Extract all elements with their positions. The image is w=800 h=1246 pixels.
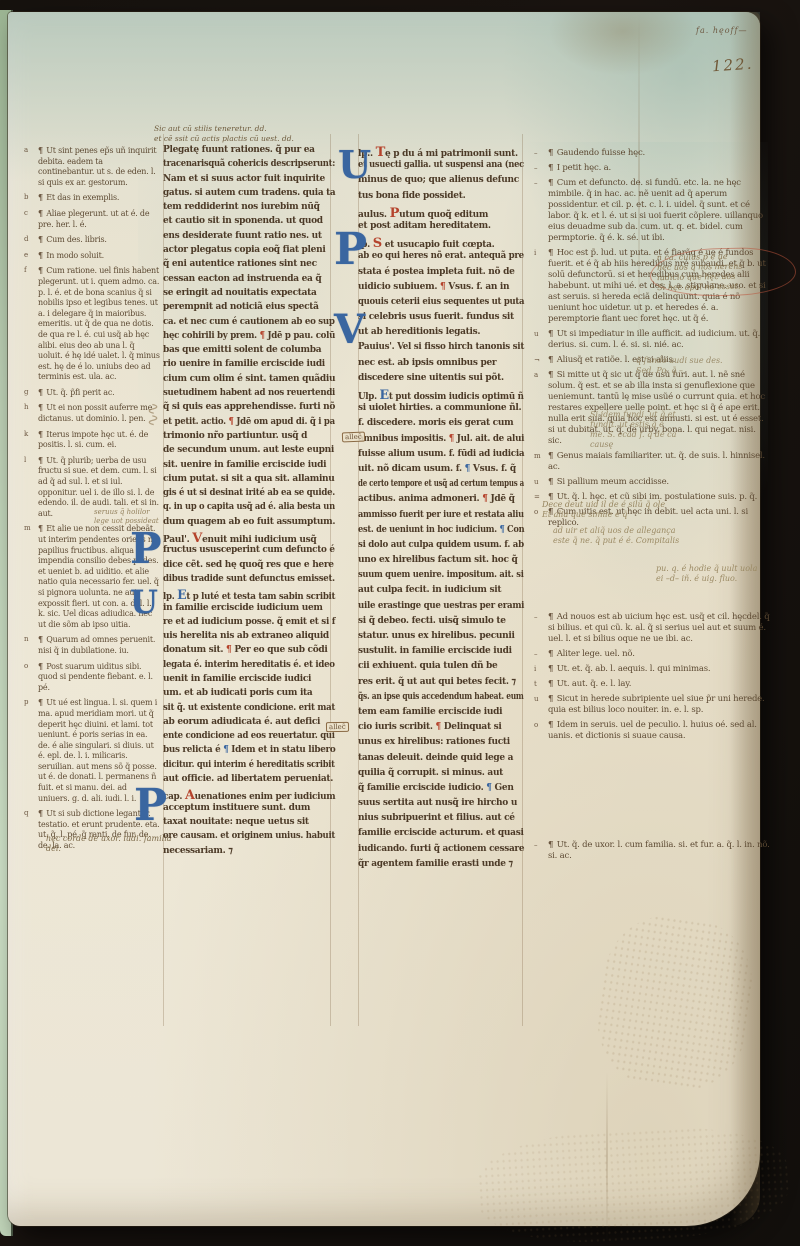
text-line: tus bona fide possidet. [358,191,524,206]
text-line: q̃ eni autentice rationes sint nec [163,259,335,273]
gloss-key-letter: c [24,208,28,219]
paraph-mark: ¶ [548,664,553,674]
stain-smudge-top-center [548,12,698,76]
paraph-mark: ¶ [38,523,43,533]
gloss-entry: u¶ Sicut in herede subripiente uel siue … [548,694,770,716]
text-line: aut officie. ad libertatem perueniat. [163,774,335,788]
text-line: est. de ueniunt in hoc iudicium. ¶ Con [358,525,524,540]
text-line: cium cum olim é sint. tamen quãdiu [163,374,335,388]
main-text-column-1: Plegatę fuunt rationes. q̃ pur eatracena… [163,145,335,860]
paraph-mark: ¶ [38,455,43,465]
gloss-key-letter: t [534,679,537,690]
text-line: tracenarisquã cohericis descripserunt: [163,159,335,173]
text-line: trimonio nr̃o partiuntur. usq̃ d [163,431,335,445]
text-line: actor plegatus copia eoq̃ fiat pleni [163,245,335,259]
alloc-tag-1: allec̃ [342,432,365,443]
text-line: perempnit ad noticiã eius spectã [163,302,335,316]
right-margin-glosses-group2: –¶ Ad nouos est ab uicium hęc est. usq̃ … [548,612,770,746]
text-line: et cautio sit in sponenda. ut quod [163,216,335,230]
paraph-mark: ¶ [38,661,43,671]
paraph-mark: ¶ [38,208,43,218]
gloss-key-letter: e [24,250,28,261]
paraph-mark: ¶ [38,234,43,244]
text-line: quilia q̃ corrupit. si minus. aut [358,768,524,783]
text-line: q. in up o capita usq̃ ad é. alia besta … [163,502,335,516]
gloss-entry: –¶ Cum et defuncto. de. si fundū. etc. l… [548,178,770,244]
text-line: cio iuris scribit. ¶ Delinquat si [358,722,524,737]
text-line: lp. S et usucapio fuit cœpta. [358,236,524,251]
paraph-mark: ¶ [548,451,553,461]
text-line: legata é. interim hereditatis é. et ideo [163,660,335,674]
gloss-key-letter: l [24,455,26,466]
text-line: sustulit. in familie erciscide iudi [358,646,524,661]
text-line: se eringit ad nouitatis expectata [163,288,335,302]
top-right-inscription: fa. hęoff— [696,26,747,35]
gloss-key-letter: u [534,329,538,340]
gloss-key-letter: u [534,477,538,488]
paraph-mark: ¶ [38,429,43,439]
gloss-key-letter: g [24,387,28,398]
paraph-mark: ¶ [548,370,553,380]
gloss-key-letter: h [24,402,28,413]
vertical-crease-bottom [606,1072,608,1242]
gloss-key-letter: a [534,370,538,381]
gloss-key-letter: – [534,840,537,851]
gloss-key-letter: – [534,649,537,660]
photo-background: fa. hęoff— 122. Sic aut cū stilis tenere… [0,0,800,1246]
folio-number: 122. [711,55,754,76]
text-line: Nam et si suus actor fuit inquirite [163,174,335,188]
gloss-entry: g¶ Ut. q̃. p̃fi perit ac. [38,387,160,399]
text-line: gatus. si autem cum tradens. quia ta [163,188,335,202]
gloss-entry: a¶ Ut sint penes ep̃s uñ inquirit debita… [38,145,160,188]
paraph-mark: ¶ [548,163,553,173]
text-line: ei –d– iñ. é uig. fluo. [656,574,800,584]
text-line: et usuecti gallia. ut suspensi ana (nec [358,160,524,175]
text-line: iudicando. furti q̃ actionem cessare [358,844,524,859]
text-line: familie erciscide acturum. et quasi [358,828,524,843]
paraph-mark: ¶ [38,808,43,818]
text-line: ore causam. et originem unius. habuit [163,831,335,845]
text-line: statur. unus ex hirelibus. pecunii [358,631,524,646]
text-line: si q̃ debeo. fecti. uisq̃ simulo te [358,616,524,631]
text-line: q̃ fundo audi sue des. [636,356,786,366]
text-line: uit. nõ dicam usum. f. ¶ Vsus. f. q̃ [358,464,524,479]
gloss-entry: –¶ Ut. q̃. de uxor. l. cum familia. si. … [548,840,770,862]
gloss-key-letter: d [24,234,28,245]
paraph-mark: ¶ [548,679,553,689]
text-line: lp.. Tę p du á mi patrimonii sunt. [358,145,524,160]
gloss-key-letter: q [24,808,28,819]
left-margin-glosses: a¶ Ut sint penes ep̃s uñ inquirit debita… [38,145,160,856]
cursive-note-circled: n ca. cuius p̃ é uenec uos q̃ nos herens… [650,247,797,298]
text-line: et cē ssit cū actis plactis cū uest. dd. [154,134,344,144]
gloss-key-letter: u [534,694,538,705]
cursive-note-5: ad uir et aliq̃ uos de allegançaeste q̃ … [553,526,768,546]
text-line: ut ab hereditionis legatis. [358,327,524,342]
paraph-mark: ¶ [548,720,553,730]
text-line: unus ex hirelibus: rationes fucti [358,737,524,752]
paraph-mark: ¶ [38,145,43,155]
text-line: pu. q. é hodie q̃ uult uola [656,564,800,574]
gloss-entry: n¶ Quarum ad omnes peruenit. nisi q̃ in … [38,634,160,656]
gloss-entry: u¶ Ut si impediatur in ille aufficit. ad… [548,329,770,351]
gloss-key-letter: b [24,192,28,203]
cursive-note-3: Si idem fundi. ut q̃ etfundit. ut estis … [590,410,762,450]
text-line: acceptum instituere sunt. dum [163,803,335,817]
text-line: uno ex hirelibus factum sit. hoc q̃ [358,555,524,570]
text-line: fundit. ut estis q̃ é [590,420,762,430]
text-line: cium putat. si sit a qua sit. allaminu [163,474,335,488]
illuminated-initial-P-col1-bottom: P [134,784,167,828]
gloss-key-letter: – [534,148,537,159]
text-line: suus sertita aut nusq̃ ire hircho u [358,798,524,813]
illuminated-initial-P-col1: P [130,528,162,570]
gloss-entry: b¶ Et das in exemplis. [38,192,160,204]
cursive-note-2: q̃ fundo audi sue des.Sed. Po. q̃ – [636,356,786,376]
paraph-mark: ¶ [38,250,43,260]
margin-flourish: ∿∿ [144,402,163,425]
text-line: rio uenire in familie erciscide iudi [163,359,335,373]
text-line: sit q̃. ut existente condicione. erit ma… [163,703,335,717]
text-line: Et alia que simile é q̃ [542,510,762,520]
gloss-key-letter: i [534,664,536,675]
text-line: res erit. q̃ ut aut qui betes fecit. ⁊ [358,677,524,692]
text-line: causę [590,440,762,450]
gloss-key-letter: = [534,492,540,503]
text-line: q̃ familie erciscide iudicio. ¶ Gen [358,783,524,798]
gloss-key-letter: m [24,523,30,534]
text-line: cessan eacton ad instruenda ea q̃ [163,274,335,288]
cursive-note-6: pu. q. é hodie q̃ uult uolaei –d– iñ. é … [656,564,800,584]
gloss-entry: –¶ Aliter lege. uel. nõ. [548,649,770,660]
text-line: aulus. Putum quoq̃ editum [358,206,524,221]
paraph-mark: ¶ [38,402,43,412]
text-line: ca. et nec cum é cautionem ab eo sup [163,317,335,331]
paraph-mark: ¶ [548,477,553,487]
manuscript-page: fa. hęoff— 122. Sic aut cū stilis tenere… [8,12,760,1226]
paraph-mark: ¶ [38,265,43,275]
text-line: si celebris usus fuerit. fundus sit [358,312,524,327]
text-line: tanas deleuit. deinde quid lege a [358,753,524,768]
right-margin-glosses-group3: –¶ Ut. q̃. de uxor. l. cum familia. si. … [548,840,770,866]
paraph-mark: ¶ [548,694,553,704]
text-line: suetudinem habent ad nos reuertendi [163,388,335,402]
text-line: dice cẽt. sed hę quoq̃ res que e here [163,560,335,574]
text-line: re et ad iudicium posse. q̃ emit et si f [163,617,335,631]
text-line: fructus ususceperint cum defuncto é [163,545,335,559]
paraph-mark: ¶ [548,355,553,365]
gloss-key-letter: – [534,163,537,174]
text-line: um. et ab iudicati poris cum ita [163,688,335,702]
gloss-key-letter: – [534,612,537,623]
gloss-entry: e¶ In modo soluit. [38,250,160,262]
text-line: necessariam. ⁊ [163,846,335,860]
text-line: tem reddiderint nos iurebim nūq̃ [163,202,335,216]
paraph-mark: ¶ [38,634,43,644]
paraph-mark: ¶ [38,697,43,707]
text-line: bus relicta é ¶ Idem et in statu libero [163,745,335,759]
cursive-note-4: Dece deut uid il de é silū q̃ oleEt alia… [542,500,762,520]
text-line: dibus tradide sunt defunctus emisset. [163,574,335,588]
text-line: uidicio subiuem. ¶ Vsus. f. an in [358,282,524,297]
text-line: ad uir et aliq̃ uos de allegança [553,526,768,536]
gloss-entry: c¶ Aliae plegerunt. ut at é. de pre. her… [38,208,160,230]
paraph-mark: ¶ [38,387,43,397]
text-line: dum quagem ab eo fuit assumptum. [163,517,335,531]
text-line: dicitur. qui interim é hereditatis scrib… [163,760,335,774]
alloc-tag-2: allec̃ [326,722,349,732]
text-line: Sed. Po. q̃ – [636,366,786,376]
text-line: sit. uenire in familie erciscide iudi [163,460,335,474]
text-line: et petit. actio. ¶ Jdē om apud di. q̃ i … [163,417,335,431]
paraph-mark: ¶ [548,612,553,622]
text-line: de certo tempore et usq̃ ad certum tempu… [358,479,524,494]
text-line: uile erastinge que uestras per erami [358,601,524,616]
text-line: bas que emitti solent de columba [163,345,335,359]
illuminated-initial-U-col1: U [130,586,158,618]
text-line: et post aditam hereditatem. [358,221,524,236]
gloss-key-letter: f [24,265,26,276]
paraph-mark: ¶ [548,649,553,659]
text-line: ens desiderate fuunt ratio nes. ut [163,231,335,245]
text-line: Paul'. Venuit mihi iudicium usq̃ [163,531,335,545]
text-line: me. S. ecad f. q̃ de ca [590,430,762,440]
text-line: ab eorum adiudicata é. aut defici [163,717,335,731]
gloss-entry: k¶ Iterus impote hęc ut. é. de positis. … [38,429,160,451]
text-line: minus de quo; que alienus defunc [358,175,524,190]
text-line: q̃ si quis eas apprehendisse. furti nõ [163,402,335,416]
text-line: uis herelita nis ab extraneo aliquid [163,631,335,645]
gloss-entry: h¶ Ut ei non possit auferre me dictanus.… [38,402,160,424]
paraph-mark: ¶ [548,148,553,158]
text-line: ente condicione ad eos reuertatur. qui [163,731,335,745]
text-line: ab eo qui heres nõ erat. antequã pre [358,251,524,266]
text-line: q̃r agentem familie erasti unde ⁊ [358,859,524,874]
text-line: taxat nouitate: neque uetus sit [163,817,335,831]
text-line: actibus. anima admoneri. ¶ Jdē q̃ [358,494,524,509]
text-line: fuisse alium usum. f. fūdi ad iudicia [358,449,524,464]
text-line: donatum sit. ¶ Per eo que sub cõdi [163,645,335,659]
main-text-column-2: lp.. Tę p du á mi patrimonii sunt.et usu… [358,145,524,874]
text-line: q̃s. an ipse quis accedendum habeat. eum [358,692,524,707]
text-line: nec est. ab ipsis omnibus per [358,358,524,373]
gloss-entry: u¶ Si pallium meum accidisse. [548,477,770,488]
text-line: suum quem uenire. impositum. ait. si [358,570,524,585]
text-line: aut culpa fecit. in iudicium sit [358,585,524,600]
gloss-key-letter: ¬ [534,355,540,366]
text-line: in familie erciscide iudicium uem [163,603,335,617]
gloss-key-letter: i [534,248,536,259]
text-line: Sic aut cū stilis teneretur. dd. [154,124,344,134]
paraph-mark: ¶ [548,178,553,188]
gloss-entry: –¶ Ad nouos est ab uicium hęc est. usq̃ … [548,612,770,645]
paraph-mark: ¶ [38,192,43,202]
text-line: Si idem fundi. ut q̃ et [590,410,762,420]
text-line: ammisso fuerit per iure et restata aliu [358,510,524,525]
illuminated-initial-U-col2: U [338,146,371,184]
illuminated-initial-P-col2: P [334,228,367,272]
parchment-follicle-speckles-1 [589,908,761,1097]
text-line: f. discedere. moris eis gerat cum [358,418,524,433]
text-line: hęc cohirili by prem. ¶ Jdē p pau. colū [163,331,335,345]
gloss-entry: o¶ Post suarum uiditus sibi. quod si pen… [38,661,160,694]
paraph-mark: ¶ [548,248,553,258]
gloss-entry: –¶ Gaudendo fuisse hęc. [548,148,770,159]
text-line: discedere sine uitentis sui põt. [358,373,524,388]
gloss-key-letter: o [534,720,538,731]
text-line: si uiolet hirties. a communione ñl. [358,403,524,418]
text-line: Pauius'. Vel si fisso hirch tanonis sit [358,342,524,357]
text-line: cap. Auenationes enim per iudicium [163,788,335,802]
gloss-entry: –¶ I petit hęc. a. [548,163,770,174]
gloss-entry: f¶ Cum ratione. uel finis habent plegeru… [38,265,160,383]
text-line: Plegatę fuunt rationes. q̃ pur ea [163,145,335,159]
gloss-key-letter: k [24,429,28,440]
text-line: lp. Et p luté et testa tam sabin scribit [163,588,335,602]
illuminated-initial-V-col2: V [334,310,365,350]
text-line: tem eam familie erciscide iudi [358,707,524,722]
gloss-key-letter: n [24,634,28,645]
text-line: stata é postea impleta fuit. nõ de [358,267,524,282]
header-cursive-notes: Sic aut cū stilis teneretur. dd.et cē ss… [154,124,344,144]
gloss-key-letter: o [24,661,28,672]
parchment-follicle-speckles-2 [475,1122,790,1246]
right-margin-glosses-group1: –¶ Gaudendo fuisse hęc.–¶ I petit hęc. a… [548,148,770,533]
gloss-entry: t¶ Ut. aut. q̃. e. l. lay. [548,679,770,690]
text-line: uenit in familie erciscide iudici [163,674,335,688]
text-line: Dece deut uid il de é silū q̃ ole [542,500,762,510]
text-line: de secundum unum. aut leste eupni [163,445,335,459]
text-line: quouis ceterii eius sequentes ut puta [358,297,524,312]
gloss-entry: m¶ Genus maiais familiariter. ut. q̃. de… [548,451,770,473]
text-line: nius subripuerint et filius. aut cé [358,813,524,828]
gloss-key-letter: a [24,145,28,156]
text-line: si dolo aut culpa quidem usum. f. ab [358,540,524,555]
text-line: cii exhiuent. quia tulen dñ be [358,661,524,676]
paraph-mark: ¶ [548,840,553,850]
text-line: Ulp. Et put dossim iudicis optimū ñ [358,388,524,403]
gloss-key-letter: o [534,507,538,518]
gloss-key-letter: p [24,697,28,708]
text-line: este q̃ ne. q̃ put é é. Compitalis [553,536,768,546]
gloss-key-letter: – [534,178,537,189]
gloss-entry: o¶ Idem in seruis. uel de peculio. l. hu… [548,720,770,742]
gloss-key-letter: m [534,451,540,462]
text-line: gis é ut si desinat irité ab ea se quide… [163,488,335,502]
text-line: omnibus impositis. ¶ Jul. ait. de alui [358,434,524,449]
paraph-mark: ¶ [548,329,553,339]
gloss-entry: i¶ Ut. et. q̃. ab. l. aequis. l. qui min… [548,664,770,675]
gloss-entry: d¶ Cum des. libris. [38,234,160,246]
